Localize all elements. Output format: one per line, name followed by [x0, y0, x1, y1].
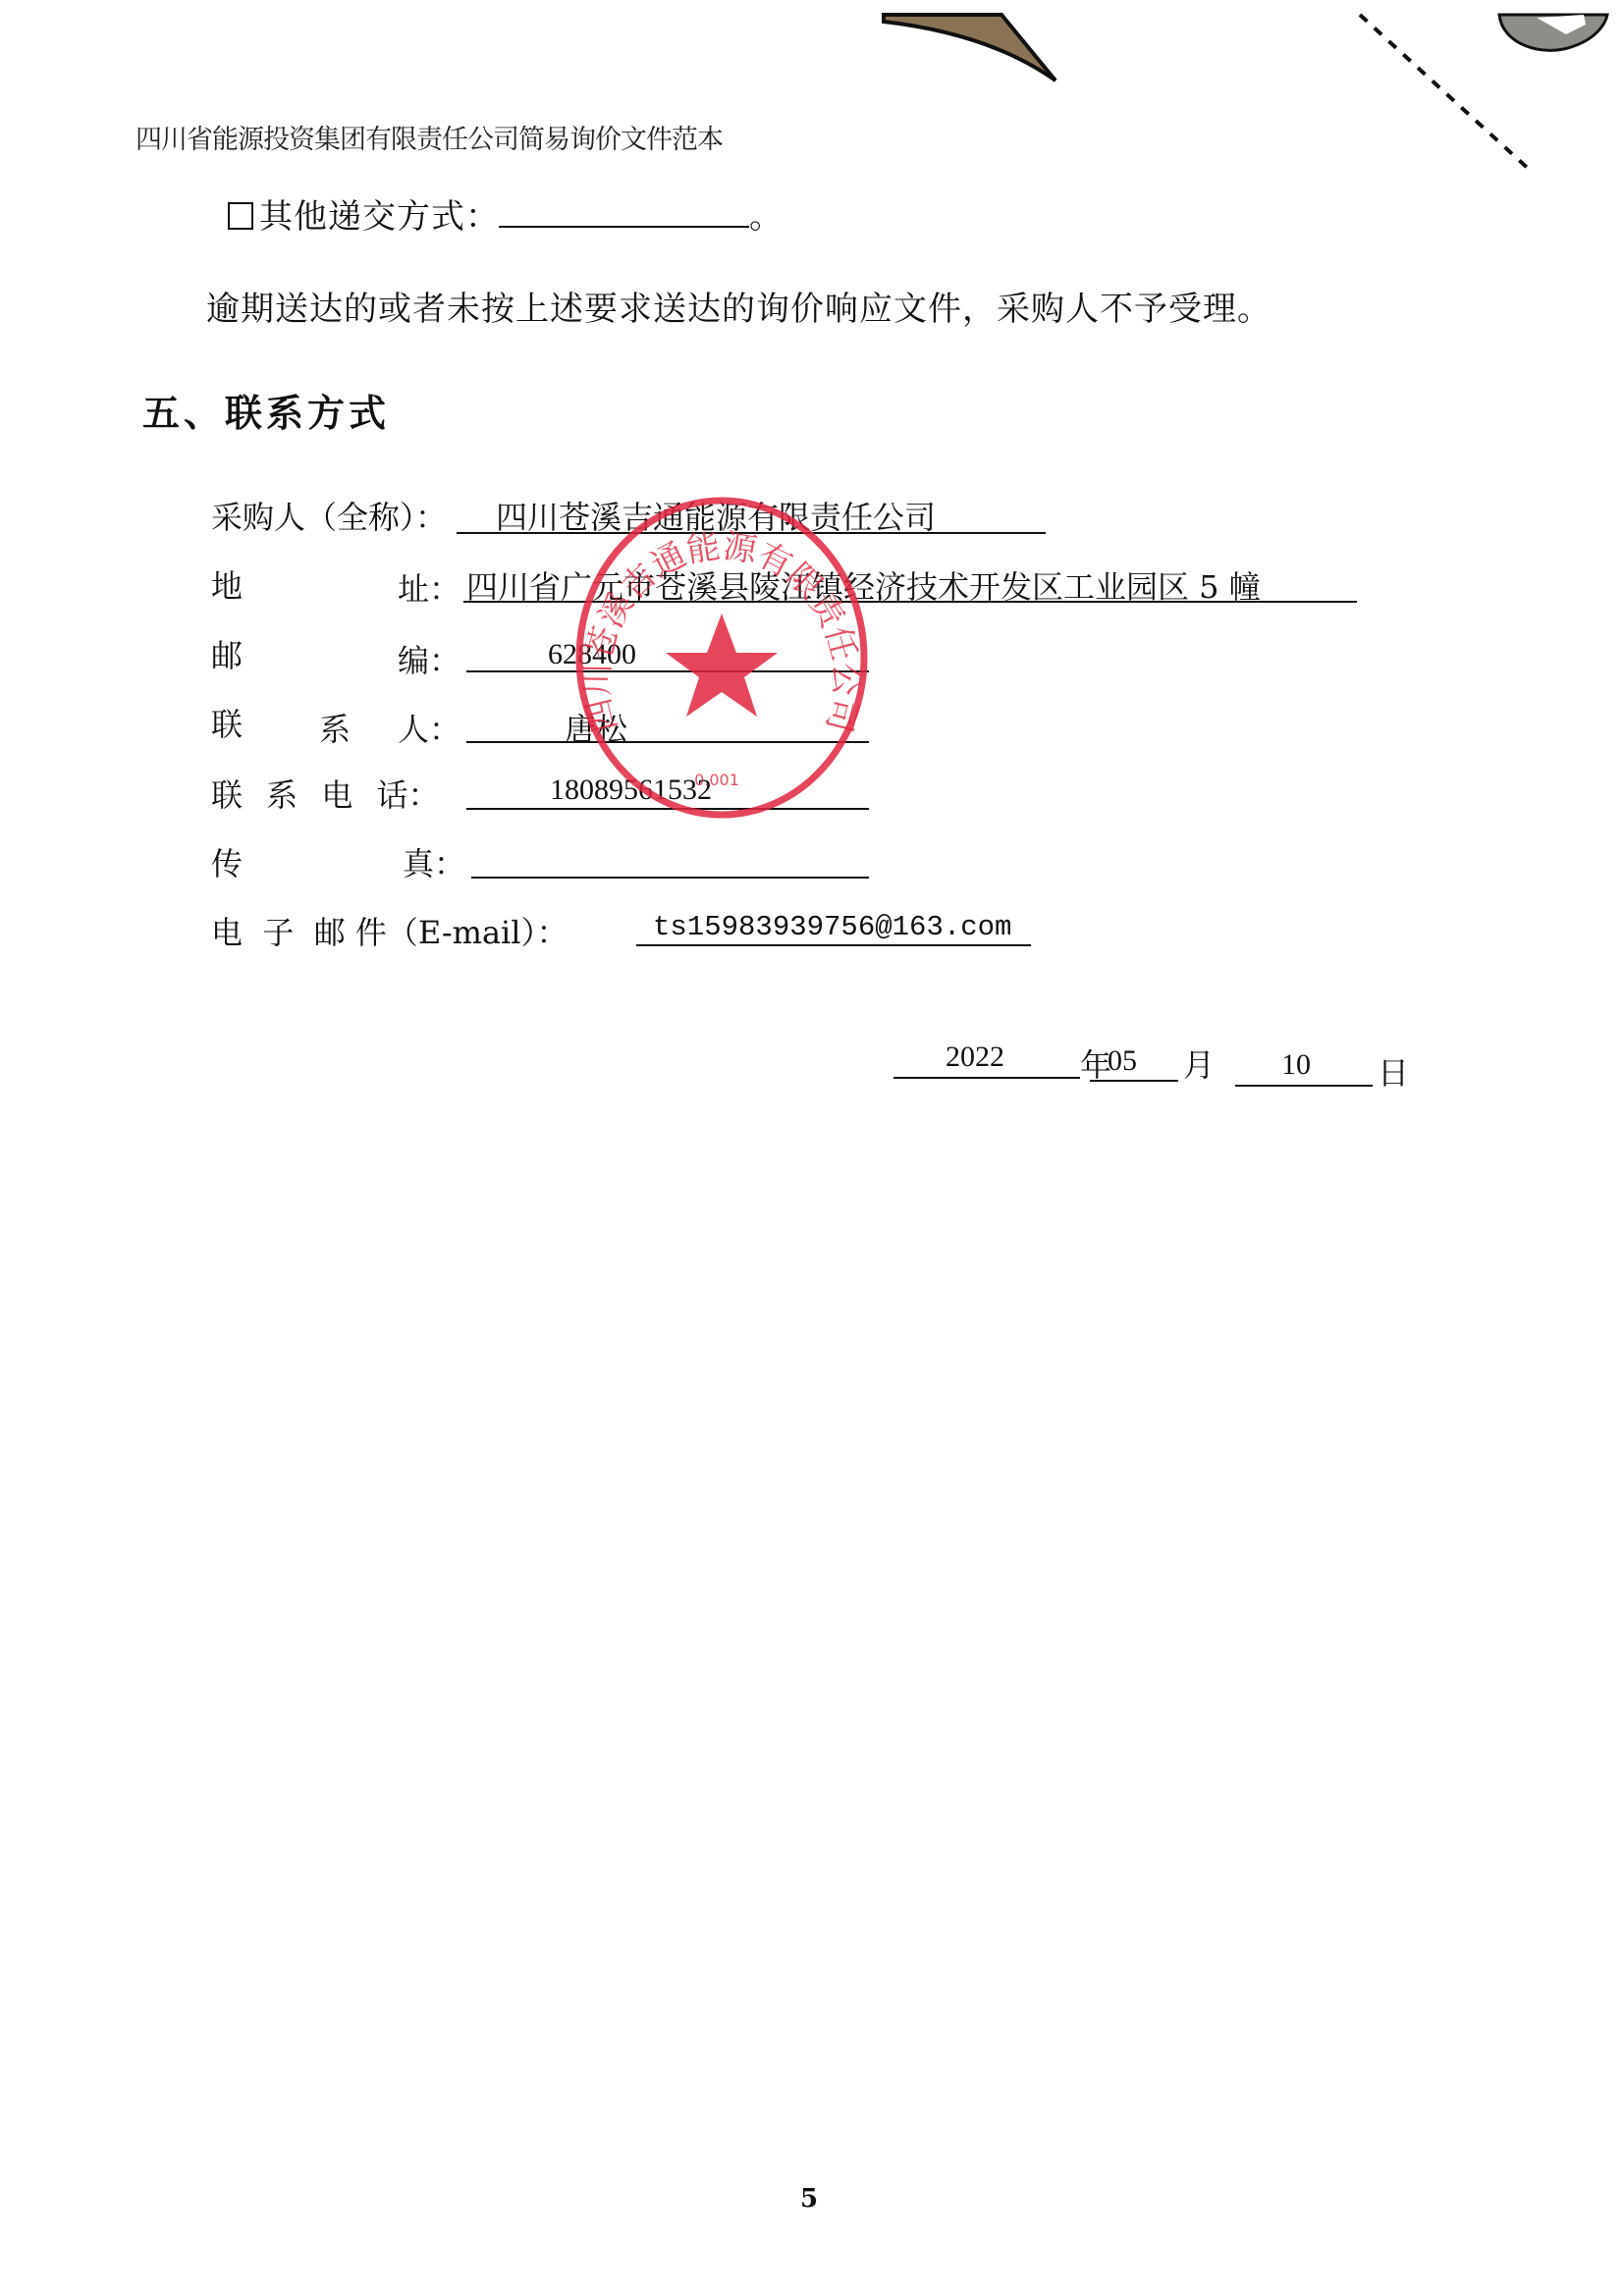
date-day-underline	[1235, 1085, 1373, 1087]
purchaser-underline	[457, 532, 1046, 534]
contact-person-label-3: 人：	[398, 705, 460, 750]
contact-person-underline	[466, 741, 869, 743]
purchaser-label: 采购人（全称）：	[211, 493, 447, 538]
scan-artifact-clip-icon	[864, 10, 1060, 88]
fax-label-2: 真：	[403, 839, 465, 884]
other-delivery-method-underline	[499, 226, 749, 228]
contact-person-label-1: 联	[211, 700, 243, 745]
postcode-label-2: 编：	[398, 636, 460, 681]
postcode-label-1: 邮	[211, 631, 243, 676]
scan-artifact-corner-icon	[1497, 10, 1623, 59]
section-heading: 五、联系方式	[142, 383, 390, 437]
contact-person-label-2: 系	[319, 705, 351, 750]
contact-person-value: 唐松	[565, 705, 627, 750]
date-month-unit: 月	[1183, 1041, 1215, 1086]
email-underline	[636, 944, 1031, 946]
address-label-1: 地	[211, 561, 243, 607]
phone-underline	[466, 808, 869, 810]
phone-label: 联 系 电 话：	[211, 771, 440, 816]
postcode-value: 628400	[548, 638, 636, 671]
late-delivery-note: 逾期送达的或者未按上述要求送达的询价响应文件，采购人不予受理。	[206, 282, 1271, 330]
email-value: ts15983939756@163.com	[653, 911, 1011, 943]
email-label: 电 子 邮 件（E-mail）：	[211, 908, 568, 953]
address-underline	[463, 601, 1357, 603]
date-day-unit: 日	[1378, 1048, 1409, 1094]
document-header: 四川省能源投资集团有限责任公司简易询价文件范本	[135, 118, 723, 156]
fax-underline	[471, 877, 869, 879]
date-month-underline	[1090, 1080, 1178, 1082]
postcode-underline	[466, 670, 869, 672]
address-label-2: 址：	[398, 564, 460, 610]
date-year: 2022	[946, 1041, 1004, 1074]
fax-label-1: 传	[211, 839, 243, 884]
phone-value: 18089561532	[550, 774, 712, 807]
terminator: 。	[749, 189, 784, 238]
date-day: 10	[1281, 1048, 1311, 1082]
date-year-underline	[893, 1077, 1080, 1079]
other-delivery-method-row: 其他递交方式：	[228, 189, 500, 238]
page-number: 5	[800, 2184, 818, 2214]
other-delivery-method-label: 其他递交方式：	[259, 197, 500, 237]
checkbox-icon[interactable]	[228, 202, 253, 230]
date-month: 05	[1108, 1044, 1137, 1078]
seal-star-icon	[666, 614, 778, 717]
